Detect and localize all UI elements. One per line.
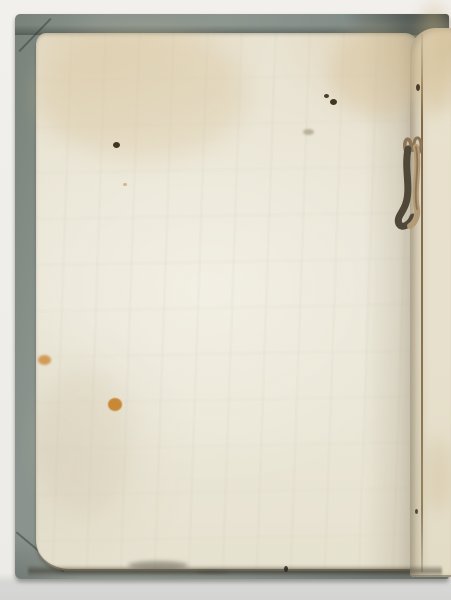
- flyleaf-page: [36, 33, 421, 571]
- leather-tie: [394, 131, 432, 233]
- photo-frame: [0, 0, 451, 600]
- vellum-flap: [410, 28, 451, 577]
- tie-strand-dark: [398, 149, 413, 226]
- page-bottom-shadow: [28, 565, 442, 578]
- gutter-crease: [421, 34, 423, 572]
